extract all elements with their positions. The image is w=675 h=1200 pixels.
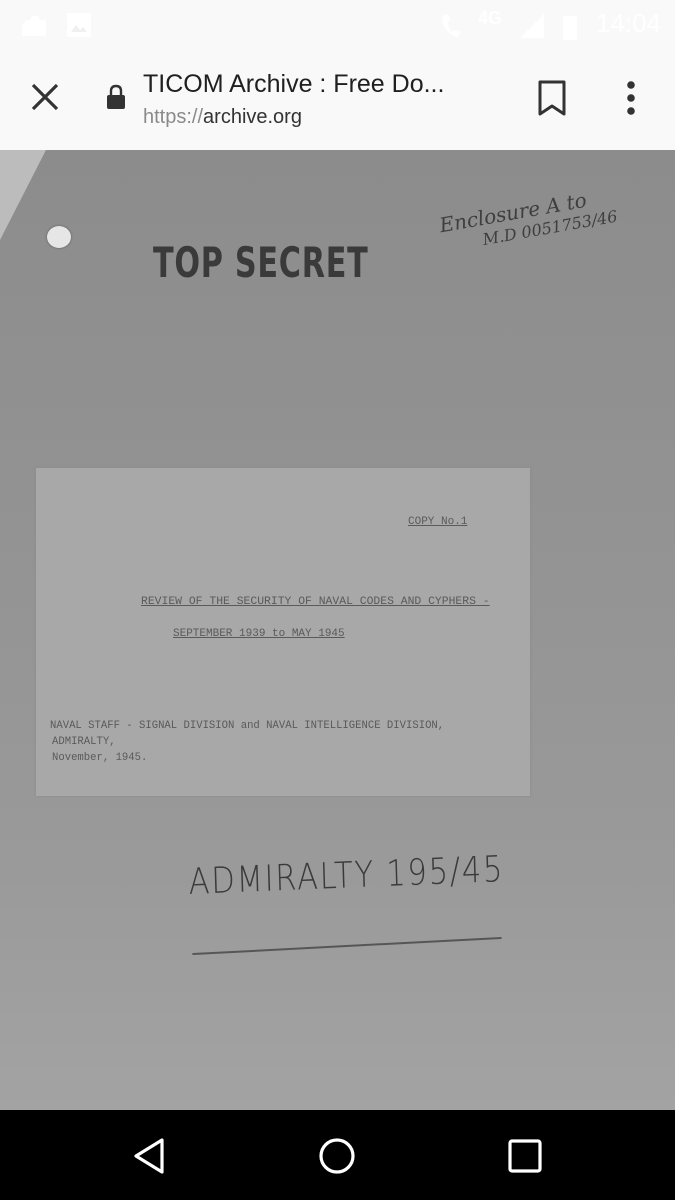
network-type: 4G: [478, 8, 502, 29]
top-secret-stamp: TOP SECRET: [153, 238, 368, 287]
bookmark-icon[interactable]: [535, 78, 569, 118]
url-host: archive.org: [203, 106, 302, 128]
status-bar: 4G 14:04: [0, 0, 675, 48]
signal-icon: [518, 12, 546, 40]
handwritten-enclosure-note: Enclosure A to M.D 0051753/46: [438, 183, 619, 256]
wifi-calling-icon: [440, 12, 464, 40]
back-icon[interactable]: [128, 1134, 172, 1178]
lock-icon: [106, 84, 126, 110]
home-icon[interactable]: [315, 1134, 359, 1178]
document-viewer[interactable]: TOP SECRET Enclosure A to M.D 0051753/46…: [0, 150, 675, 1110]
recents-icon[interactable]: [503, 1134, 547, 1178]
close-icon[interactable]: [26, 78, 64, 116]
browser-toolbar: TICOM Archive : Free Do... https://archi…: [0, 48, 675, 151]
issuing-authority: NAVAL STAFF - SIGNAL DIVISION and NAVAL …: [50, 718, 444, 766]
more-vert-icon[interactable]: [618, 78, 644, 118]
clock: 14:04: [596, 8, 661, 39]
copy-number: COPY No.1: [408, 516, 467, 528]
page-corner: [0, 150, 46, 240]
pen-underline: [192, 937, 502, 955]
punch-hole: [47, 226, 71, 248]
page-title[interactable]: TICOM Archive : Free Do...: [143, 70, 444, 99]
url-display[interactable]: https://archive.org: [143, 106, 302, 129]
from-line-1: NAVAL STAFF - SIGNAL DIVISION and NAVAL …: [50, 718, 444, 734]
android-nav-bar: [0, 1110, 675, 1200]
image-icon: [66, 12, 92, 38]
cloud-upload-icon: [18, 12, 50, 38]
from-line-3: November, 1945.: [52, 750, 444, 766]
report-dates: SEPTEMBER 1939 to MAY 1945: [173, 628, 345, 640]
document-label: COPY No.1 REVIEW OF THE SECURITY OF NAVA…: [36, 468, 530, 796]
document-page: TOP SECRET Enclosure A to M.D 0051753/46…: [0, 150, 675, 1110]
battery-icon: [560, 12, 580, 42]
report-title: REVIEW OF THE SECURITY OF NAVAL CODES AN…: [141, 596, 490, 608]
handwritten-reference: ADMIRALTY 195/45: [188, 849, 505, 903]
url-scheme: https://: [143, 106, 203, 128]
from-line-2: ADMIRALTY,: [52, 734, 444, 750]
